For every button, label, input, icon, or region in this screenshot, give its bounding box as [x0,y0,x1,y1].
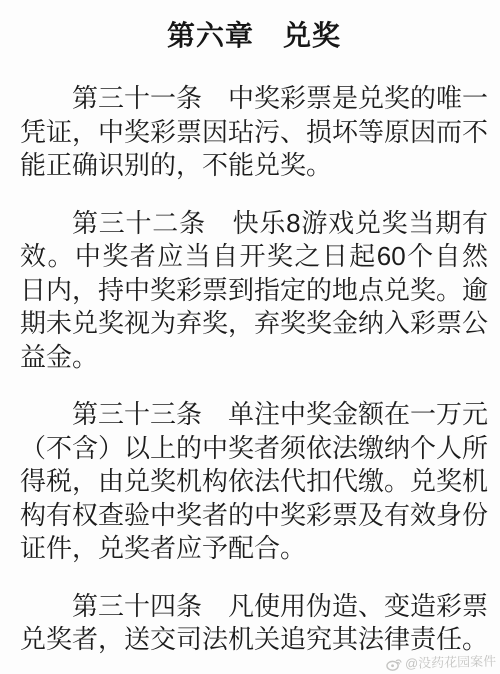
article-paragraph-33: 第三十三条 单注中奖金额在一万元（不含）以上的中奖者须依法缴纳个人所得税，由兑奖… [20,398,488,566]
watermark-handle: @没药花园案件 [405,653,497,673]
article-paragraph-31: 第三十一条 中奖彩票是兑奖的唯一凭证，中奖彩票因玷污、损坏等原因而不能正确识别的… [20,82,488,183]
watermark: @没药花园案件 [386,653,497,674]
weibo-icon [386,657,402,671]
document-page: 第六章 兑奖 第三十一条 中奖彩票是兑奖的唯一凭证，中奖彩票因玷污、损坏等原因而… [0,0,500,674]
article-paragraph-34: 第三十四条 凡使用伪造、变造彩票兑奖者，送交司法机关追究其法律责任。 [20,590,488,657]
article-paragraph-32: 第三十二条 快乐8游戏兑奖当期有效。中奖者应当自开奖之日起60个自然日内，持中奖… [20,207,488,375]
chapter-title: 第六章 兑奖 [20,14,488,58]
